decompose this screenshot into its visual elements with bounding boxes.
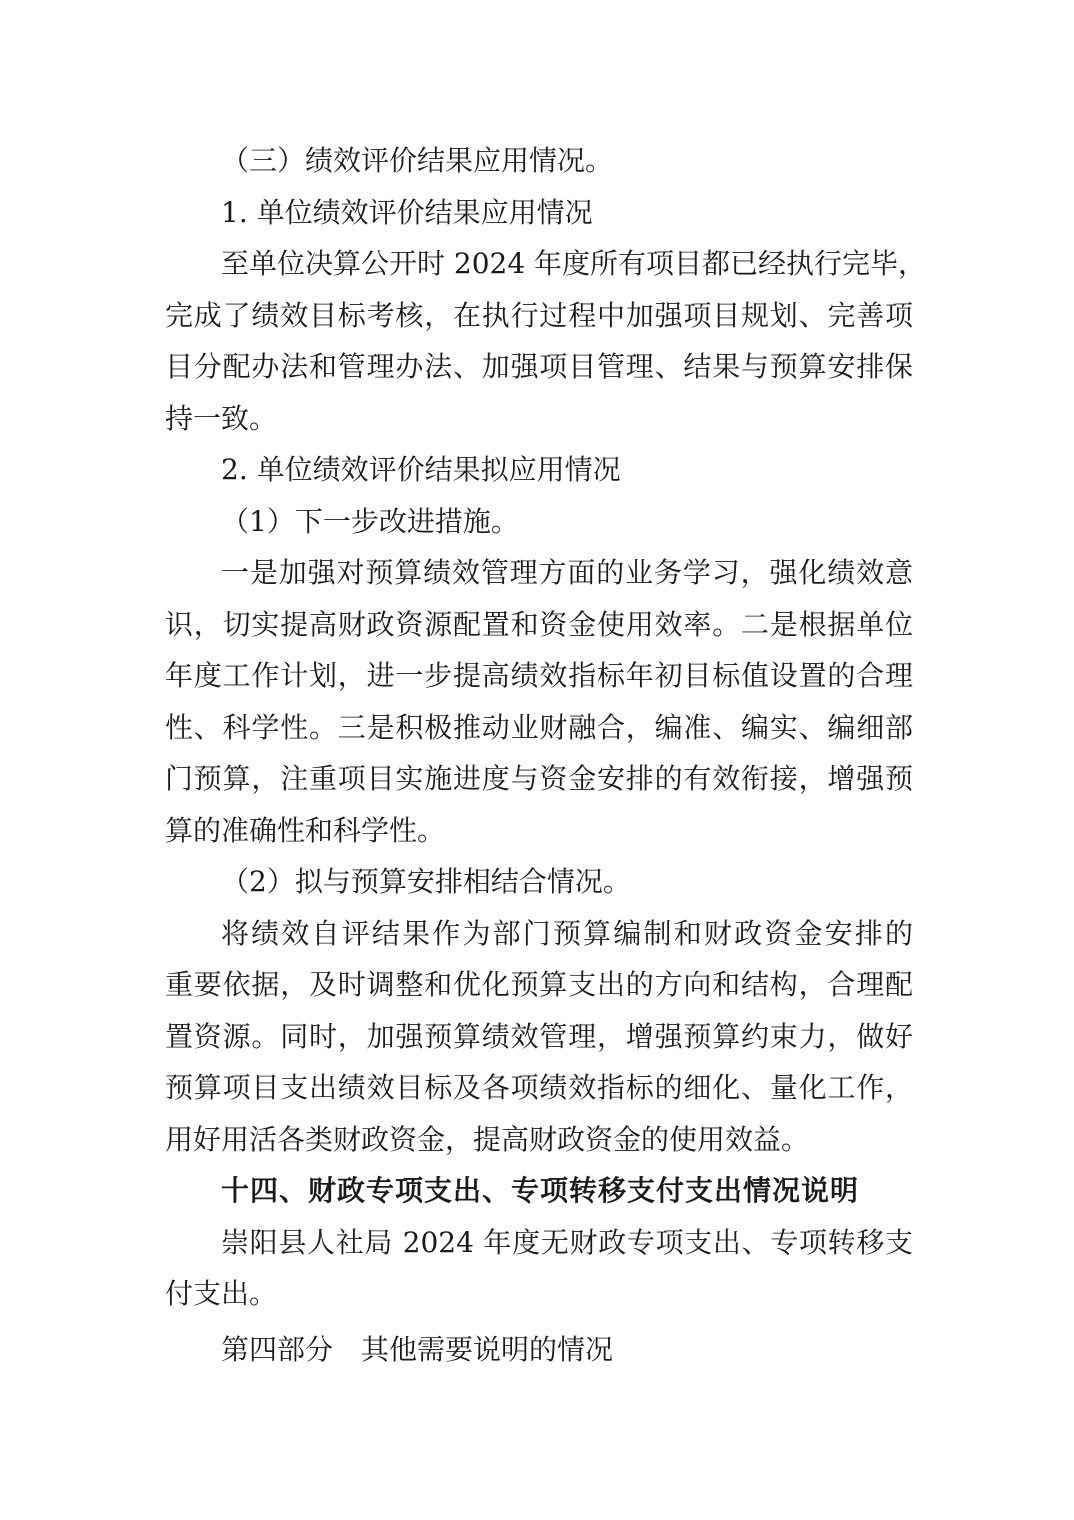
paragraph-line: 识，切实提高财政资源配置和资金使用效率。二是根据单位 (165, 599, 913, 651)
paragraph-line: 持一致。 (165, 393, 913, 445)
paragraph-line: 一是加强对预算绩效管理方面的业务学习，强化绩效意 (165, 547, 913, 599)
sub-heading-unit-results-application: 1. 单位绩效评价结果应用情况 (165, 187, 913, 239)
paragraph-line: 重要依据，及时调整和优化预算支出的方向和结构，合理配 (165, 959, 913, 1011)
paragraph-line: 完成了绩效目标考核，在执行过程中加强项目规划、完善项 (165, 290, 913, 342)
section-heading-performance-results: （三）绩效评价结果应用情况。 (165, 135, 913, 187)
paragraph-line: 用好用活各类财政资金，提高财政资金的使用效益。 (165, 1114, 913, 1166)
paragraph-line: 崇阳县人社局 2024 年度无财政专项支出、专项转移支 (165, 1217, 913, 1269)
paragraph-line: 预算项目支出绩效目标及各项绩效指标的细化、量化工作， (165, 1062, 913, 1114)
paragraph-line: 置资源。同时，加强预算绩效管理，增强预算约束力，做好 (165, 1011, 913, 1063)
paragraph-line: 至单位决算公开时 2024 年度所有项目都已经执行完毕， (165, 238, 913, 290)
paragraph-completion-status: 至单位决算公开时 2024 年度所有项目都已经执行完毕， 完成了绩效目标考核，在… (165, 238, 913, 444)
paragraph-improvement-measures: 一是加强对预算绩效管理方面的业务学习，强化绩效意 识，切实提高财政资源配置和资金… (165, 547, 913, 856)
paragraph-line: 门预算，注重项目实施进度与资金安排的有效衔接，增强预 (165, 753, 913, 805)
document-page: （三）绩效评价结果应用情况。 1. 单位绩效评价结果应用情况 至单位决算公开时 … (165, 135, 913, 1375)
section-heading-special-expenditure: 十四、财政专项支出、专项转移支付支出情况说明 (165, 1165, 913, 1217)
paragraph-line: 年度工作计划，进一步提高绩效指标年初目标值设置的合理 (165, 650, 913, 702)
item-heading-budget-integration: （2）拟与预算安排相结合情况。 (165, 856, 913, 908)
paragraph-line: 性、科学性。三是积极推动业财融合，编准、编实、编细部 (165, 702, 913, 754)
paragraph-line: 目分配办法和管理办法、加强项目管理、结果与预算安排保 (165, 341, 913, 393)
item-heading-improvement-measures: （1）下一步改进措施。 (165, 496, 913, 548)
part-heading-other-matters: 第四部分 其他需要说明的情况 (165, 1324, 913, 1376)
paragraph-line: 付支出。 (165, 1268, 913, 1320)
paragraph-line: 算的准确性和科学性。 (165, 805, 913, 857)
paragraph-line: 将绩效自评结果作为部门预算编制和财政资金安排的 (165, 908, 913, 960)
paragraph-special-expenditure: 崇阳县人社局 2024 年度无财政专项支出、专项转移支 付支出。 (165, 1217, 913, 1320)
sub-heading-planned-application: 2. 单位绩效评价结果拟应用情况 (165, 444, 913, 496)
paragraph-budget-integration: 将绩效自评结果作为部门预算编制和财政资金安排的 重要依据，及时调整和优化预算支出… (165, 908, 913, 1166)
